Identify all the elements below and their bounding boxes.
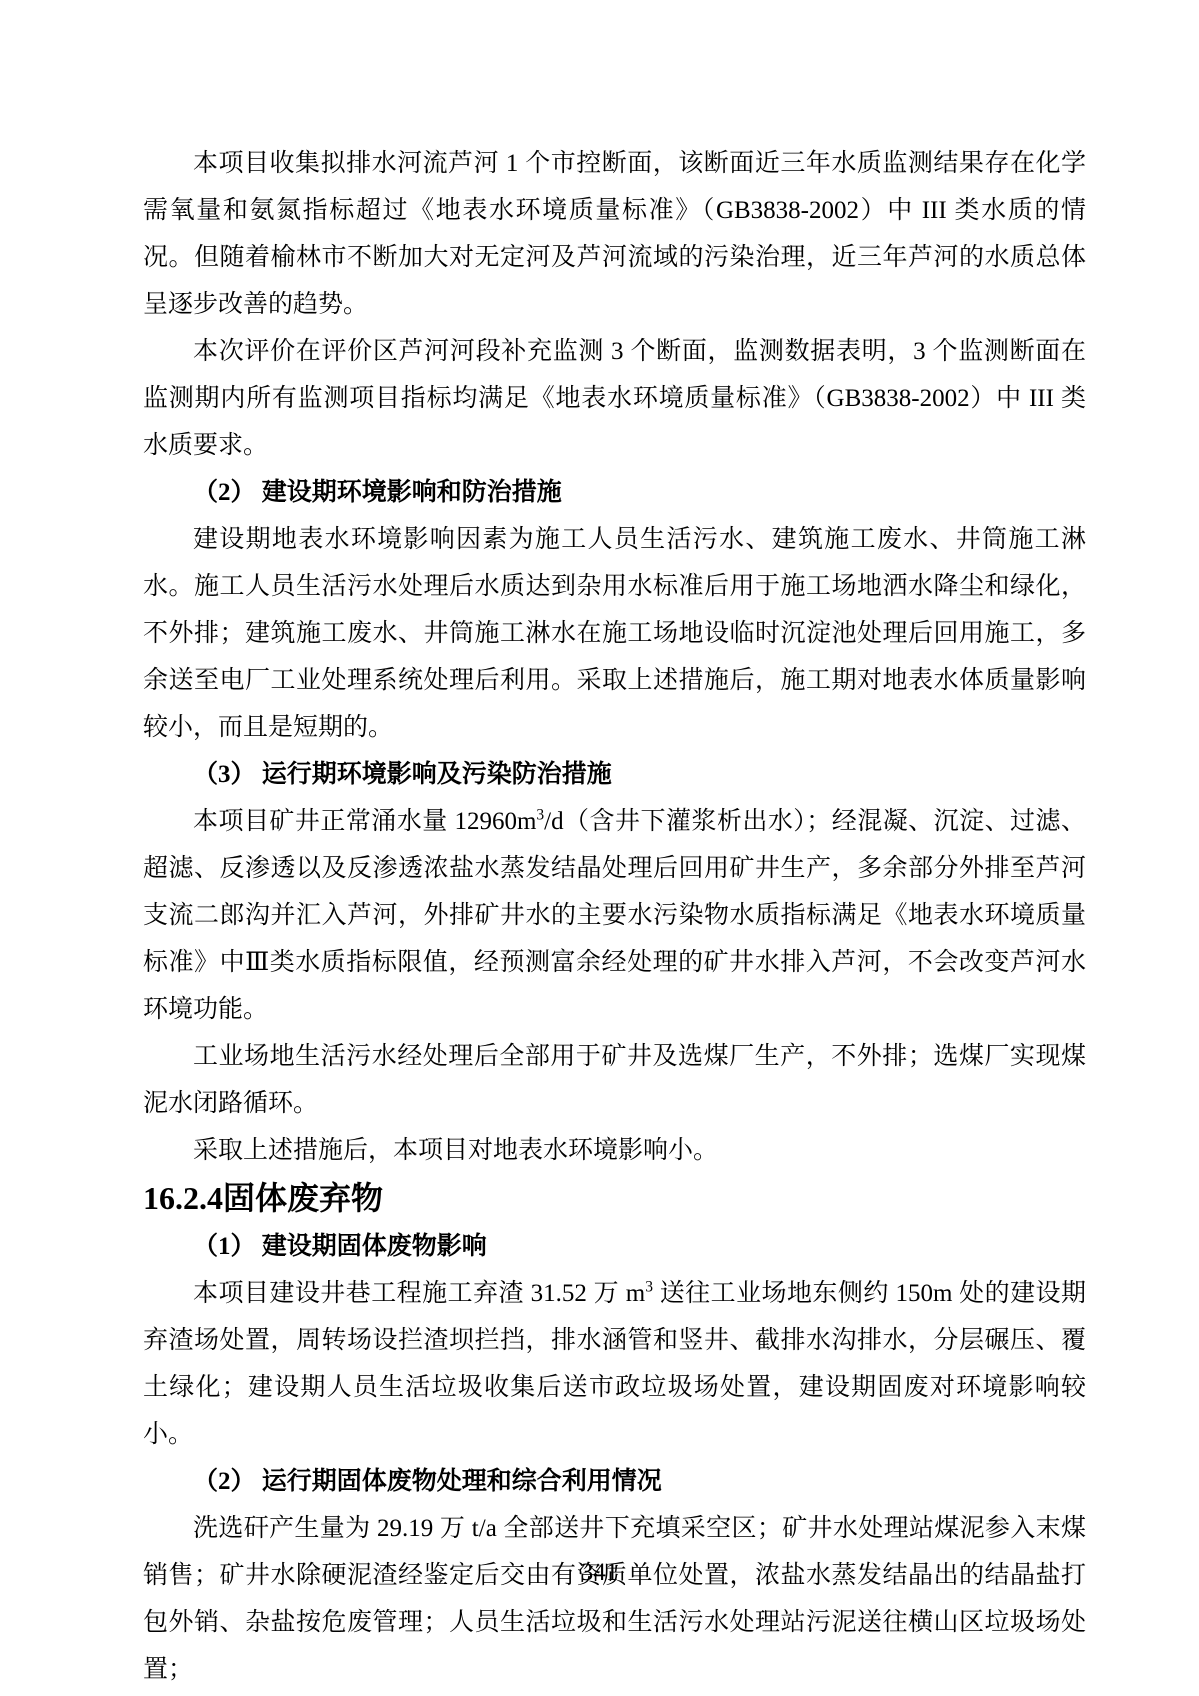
paragraph-construction-measures: 建设期地表水环境影响因素为施工人员生活污水、建筑施工废水、井筒施工淋水。施工人员… (143, 516, 1086, 751)
paragraph-construction-spoil: 本项目建设井巷工程施工弃渣 31.52 万 m3 送往工业场地东侧约 150m … (143, 1270, 1086, 1458)
document-content: 本项目收集拟排水河流芦河 1 个市控断面，该断面近三年水质监测结果存在化学需氧量… (143, 140, 1086, 1693)
construction-spoil-text-before-superscript: 本项目建设井巷工程施工弃渣 31.52 万 m (193, 1280, 645, 1307)
cubic-meter-superscript: 3 (645, 1279, 653, 1296)
paragraph-domestic-sewage: 工业场地生活污水经处理后全部用于矿井及选煤厂生产，不外排；选煤厂实现煤泥水闭路循… (143, 1033, 1086, 1127)
paragraph-river-monitoring: 本项目收集拟排水河流芦河 1 个市控断面，该断面近三年水质监测结果存在化学需氧量… (143, 140, 1086, 328)
mine-water-text-after-superscript: /d（含井下灌浆析出水）；经混凝、沉淀、过滤、超滤、反渗透以及反渗透浓盐水蒸发结… (143, 808, 1086, 1023)
heading-operation-solid-waste: （2） 运行期固体废物处理和综合利用情况 (143, 1458, 1086, 1505)
paragraph-surface-water-conclusion: 采取上述措施后，本项目对地表水环境影响小。 (143, 1127, 1086, 1174)
section-heading-solid-waste: 16.2.4固体废弃物 (143, 1174, 1086, 1223)
heading-operation-impact: （3） 运行期环境影响及污染防治措施 (143, 751, 1086, 798)
cubic-meter-superscript: 3 (536, 807, 544, 824)
document-page: 本项目收集拟排水河流芦河 1 个市控断面，该断面近三年水质监测结果存在化学需氧量… (0, 0, 1199, 1696)
paragraph-gangue-disposal: 洗选矸产生量为 29.19 万 t/a 全部送井下充填采空区；矿井水处理站煤泥参… (143, 1505, 1086, 1693)
paragraph-mine-water: 本项目矿井正常涌水量 12960m3/d（含井下灌浆析出水）；经混凝、沉淀、过滤… (143, 798, 1086, 1033)
mine-water-text-before-superscript: 本项目矿井正常涌水量 12960m (193, 808, 536, 835)
page-number: 341 (0, 1558, 1199, 1588)
heading-construction-impact: （2） 建设期环境影响和防治措施 (143, 469, 1086, 516)
heading-construction-solid-waste: （1） 建设期固体废物影响 (143, 1223, 1086, 1270)
paragraph-supplementary-monitoring: 本次评价在评价区芦河河段补充监测 3 个断面，监测数据表明，3 个监测断面在监测… (143, 328, 1086, 469)
